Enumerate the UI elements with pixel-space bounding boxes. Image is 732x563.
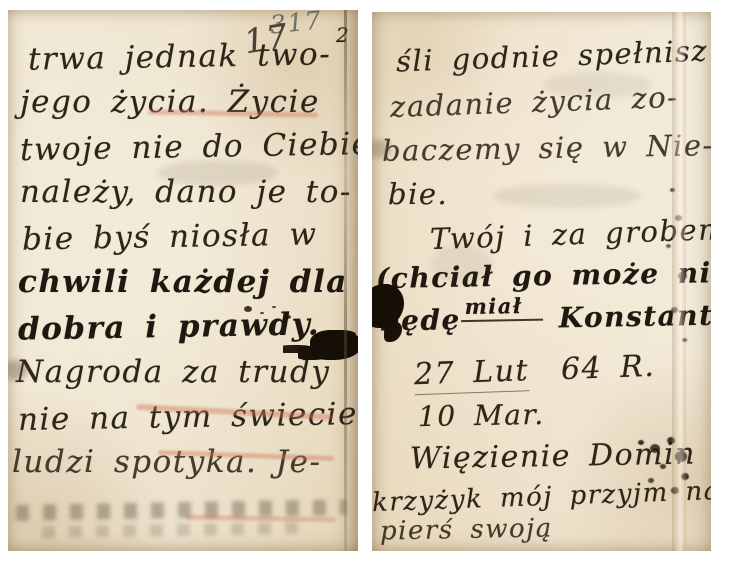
- date-line-second: 10 Mar.: [418, 401, 545, 431]
- handwriting-line: Nagroda za trudy: [16, 357, 330, 388]
- signature-name: Konstanty: [558, 298, 711, 334]
- ink-blot: [310, 330, 358, 360]
- signature-line: będęmiałKonstanty...: [380, 300, 711, 335]
- bleed-through-smudge: [542, 72, 652, 98]
- handwriting-line: chwili każdej dla: [18, 267, 348, 298]
- bleed-through-smudge: [158, 160, 278, 186]
- ink-speckles: [638, 440, 644, 445]
- postscript-line: krzyżyk mój przyjm na: [372, 478, 711, 516]
- handwriting-line: trwa jednak two-: [28, 39, 332, 75]
- handwriting-line: śli godnie spełnisz: [396, 37, 709, 77]
- handwriting-line: bie byś niosła w: [22, 219, 318, 255]
- handwriting-line: (chciał go może nie: [376, 259, 711, 293]
- date-day-month: 27 Lut: [413, 353, 529, 395]
- date-year: 64 R.: [560, 349, 656, 387]
- handwriting-line: bie.: [388, 180, 448, 209]
- handwriting-line: dobra i prawdy.: [18, 309, 321, 345]
- handwriting-line: twoje nie do Ciebie: [20, 129, 358, 166]
- letter-page-right: śli godnie spełnisz zadanie życia zo- ba…: [372, 12, 711, 551]
- signature-insertion: miał: [460, 293, 542, 322]
- bleed-through-smudge: [42, 522, 306, 539]
- postscript-line: pierś swoją: [380, 515, 553, 544]
- handwriting-line: baczemy się w Nie-: [382, 131, 711, 166]
- bleed-through-smudge: [492, 184, 642, 208]
- letter-photo: 317 17 2 trwa jednak two- jego życia. Ży…: [0, 0, 732, 563]
- fold-crease: [344, 10, 347, 551]
- date-line: 27 Lut64 R.: [414, 352, 656, 390]
- fold-crease: [672, 12, 686, 551]
- bleed-through-smudge: [432, 244, 492, 284]
- location-line: Więzienie Domin: [410, 440, 696, 475]
- letter-page-left: 317 17 2 trwa jednak two- jego życia. Ży…: [8, 10, 358, 551]
- ink-speckles: [244, 306, 252, 312]
